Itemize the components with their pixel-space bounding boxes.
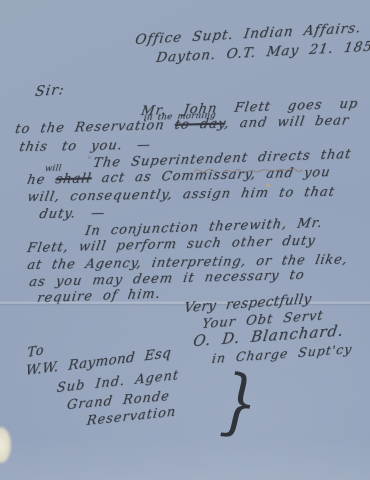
strikethrough-text: shall <box>54 171 93 187</box>
bottom-sheen <box>0 438 370 480</box>
letter-scan: Office Supt. Indian Affairs. Dayton. O.T… <box>0 0 370 480</box>
address-to: To <box>27 343 45 361</box>
paper-speck <box>322 118 324 120</box>
body-line: this to you. — <box>18 138 152 155</box>
body-line: Flett, will perform such other duty <box>26 233 317 256</box>
body-line: will, consequently, assign him to that <box>26 185 336 205</box>
salutation: Sir: <box>34 82 66 100</box>
address-brace: } <box>212 358 267 446</box>
body-text: , and will bear <box>223 113 350 131</box>
paper-stain <box>55 246 62 250</box>
paper-speck <box>88 156 91 159</box>
faint-pencil-scribble <box>193 166 311 176</box>
paper-speck <box>266 184 270 187</box>
body-text: he <box>26 172 57 188</box>
interline-insertion: will <box>44 163 62 174</box>
body-line: duty. — <box>38 206 106 222</box>
